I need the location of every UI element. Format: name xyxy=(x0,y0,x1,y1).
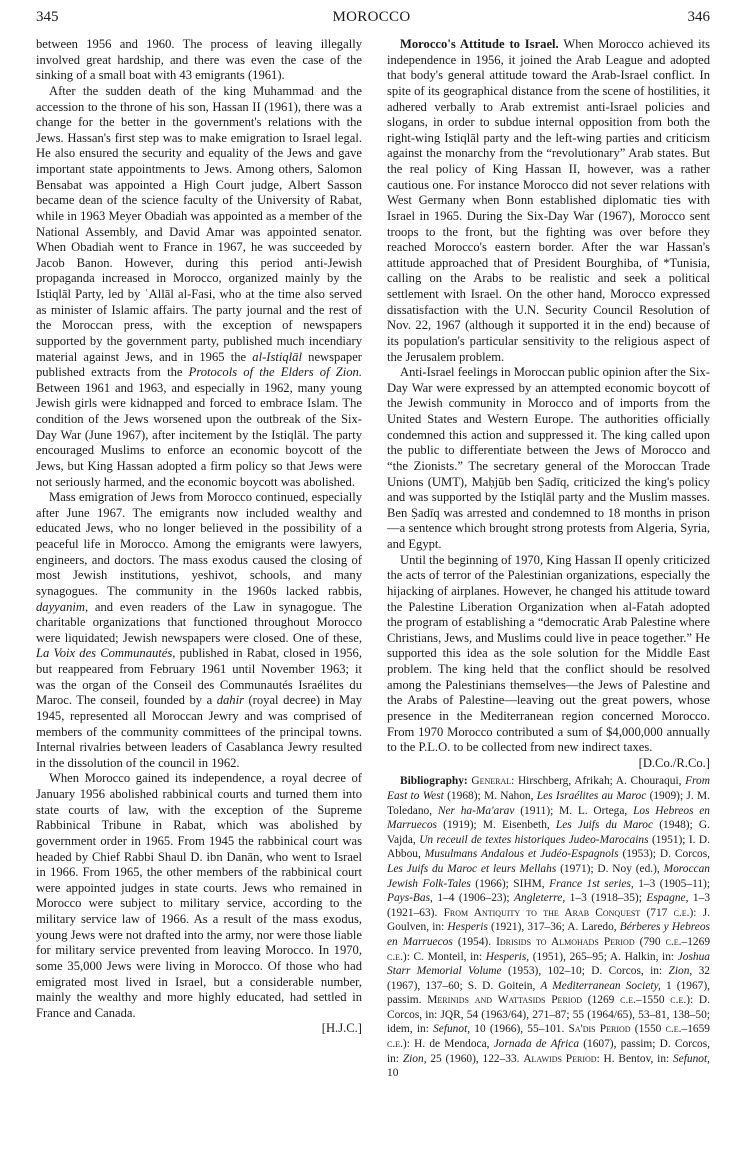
bib-title: Musulmans Andalous et Judéo-Espagnols xyxy=(425,848,619,860)
bib-section: Idrisids to Almohads Period xyxy=(496,936,635,948)
text: 1–4 (1906–23); xyxy=(433,892,514,904)
text: (1966); SIHM, xyxy=(471,878,549,890)
text: (1269 xyxy=(582,994,620,1006)
italic-title: al-Istiqlāl xyxy=(252,350,302,364)
bib-title: Zion, xyxy=(403,1053,427,1065)
page-number-right: 346 xyxy=(688,8,711,26)
right-column: Morocco's Attitude to Israel. When Moroc… xyxy=(387,37,710,1081)
italic-title: La Voix des Communautés, xyxy=(36,646,175,660)
bib-title: Les Juifs du Maroc xyxy=(556,819,653,831)
paragraph: Anti-Israel feelings in Moroccan public … xyxy=(387,365,710,553)
bib-title: Les Juifs du Maroc et leurs Mellahs xyxy=(387,863,556,875)
text: : Hirschberg, Afrikah; A. Chouraqui, xyxy=(511,775,685,787)
text: Until the beginning of 1970, King Hassan… xyxy=(387,553,710,755)
text: between 1956 and 1960. The process of le… xyxy=(36,37,362,82)
bib-section: From Antiquity to the Arab Conquest xyxy=(444,907,641,919)
era-abbrev: c.e. xyxy=(620,994,636,1006)
text: (1550 xyxy=(631,1023,666,1035)
text: When Morocco gained its independence, a … xyxy=(36,771,362,1019)
era-abbrev: c.e. xyxy=(674,907,690,919)
paragraph: between 1956 and 1960. The process of le… xyxy=(36,37,362,84)
text: (1953), 102–10; D. Corcos, in: xyxy=(502,965,669,977)
text: 10 (1966), 55–101. xyxy=(470,1023,568,1035)
era-abbrev: c.e. xyxy=(670,994,686,1006)
bib-title: Sefunot, xyxy=(433,1023,470,1035)
bib-section: Sa'dis Period xyxy=(569,1023,631,1035)
era-abbrev: c.e. xyxy=(387,1038,403,1050)
bib-title: Pays-Bas, xyxy=(387,892,433,904)
italic-term: dayyanim, xyxy=(36,600,88,614)
bib-title: Espagne, xyxy=(646,892,688,904)
text: Mass emigration of Jews from Morocco con… xyxy=(36,490,362,598)
text: : H. Bentov, in: xyxy=(597,1053,673,1065)
text: ): H. de Mendoca, xyxy=(403,1038,494,1050)
bib-section: Alawids Period xyxy=(523,1053,596,1065)
text: (1911); M. L. Ortega, xyxy=(514,805,633,817)
text: (1954). xyxy=(453,936,496,948)
text: (1921), 317–36; A. Laredo, xyxy=(488,921,620,933)
text: Anti-Israel feelings in Moroccan public … xyxy=(387,365,710,551)
italic-term: dahir xyxy=(217,693,244,707)
bib-title: Zion, xyxy=(669,965,693,977)
text: (1951), 265–95; A. Halkin, in: xyxy=(529,951,678,963)
author-signature: [D.Co./R.Co.] xyxy=(387,756,710,772)
text: (1968); M. Nahon, xyxy=(444,790,537,802)
running-title: MOROCCO xyxy=(0,8,743,26)
bib-title: Angleterre, xyxy=(514,892,565,904)
bib-title: Un receuil de textes historiques Judeo-M… xyxy=(419,834,648,846)
text: After the sudden death of the king Muham… xyxy=(36,84,362,364)
text: (1953); D. Corcos, xyxy=(619,848,710,860)
text: 1–3 (1905–11); xyxy=(634,878,710,890)
bib-title: Ner ha-Ma'arav xyxy=(438,805,515,817)
text: When Morocco achieved its independence i… xyxy=(387,37,710,364)
bib-title: Les Israélites au Maroc xyxy=(537,790,646,802)
bib-title: A Mediterranean Society, xyxy=(540,980,660,992)
era-abbrev: c.e. xyxy=(666,1023,682,1035)
paragraph: When Morocco gained its independence, a … xyxy=(36,771,362,1021)
paragraph: Morocco's Attitude to Israel. When Moroc… xyxy=(387,37,710,365)
bib-title: Jornada de Africa xyxy=(494,1038,579,1050)
paragraph: Mass emigration of Jews from Morocco con… xyxy=(36,490,362,771)
bibliography-label: Bibliography: xyxy=(400,775,468,787)
bib-title: France 1st series, xyxy=(549,878,634,890)
text: –1659 xyxy=(682,1023,710,1035)
text: ): C. Monteil, in: xyxy=(403,951,486,963)
text: 25 (1960), 122–33. xyxy=(427,1053,524,1065)
text: (1971); D. Noy (ed.), xyxy=(556,863,663,875)
text: (1919); M. Eisenbeth, xyxy=(437,819,556,831)
bibliography: Bibliography: General: Hirschberg, Afrik… xyxy=(387,774,710,1080)
bib-title: Sefunot, xyxy=(673,1053,710,1065)
era-abbrev: c.e. xyxy=(387,951,403,963)
bib-section: Merinids and Wattasids Period xyxy=(427,994,582,1006)
italic-title: Protocols of the Elders of Zion. xyxy=(189,365,362,379)
left-column: between 1956 and 1960. The process of le… xyxy=(36,37,362,1037)
paragraph: Until the beginning of 1970, King Hassan… xyxy=(387,553,710,756)
text: –1269 xyxy=(682,936,710,948)
author-signature: [H.J.C.] xyxy=(36,1021,362,1037)
text: (790 xyxy=(635,936,666,948)
paragraph: After the sudden death of the king Muham… xyxy=(36,84,362,490)
text: 10 xyxy=(387,1067,398,1079)
bib-section: General xyxy=(471,775,511,787)
bib-title: Hesperis, xyxy=(486,951,529,963)
text: Between 1961 and 1963, and especially in… xyxy=(36,381,362,489)
bib-title: Hesperis xyxy=(447,921,488,933)
text: –1550 xyxy=(636,994,670,1006)
era-abbrev: c.e. xyxy=(666,936,682,948)
text: 1–3 (1918–35); xyxy=(565,892,646,904)
text: (717 xyxy=(640,907,673,919)
section-heading: Morocco's Attitude to Israel. xyxy=(400,37,559,51)
